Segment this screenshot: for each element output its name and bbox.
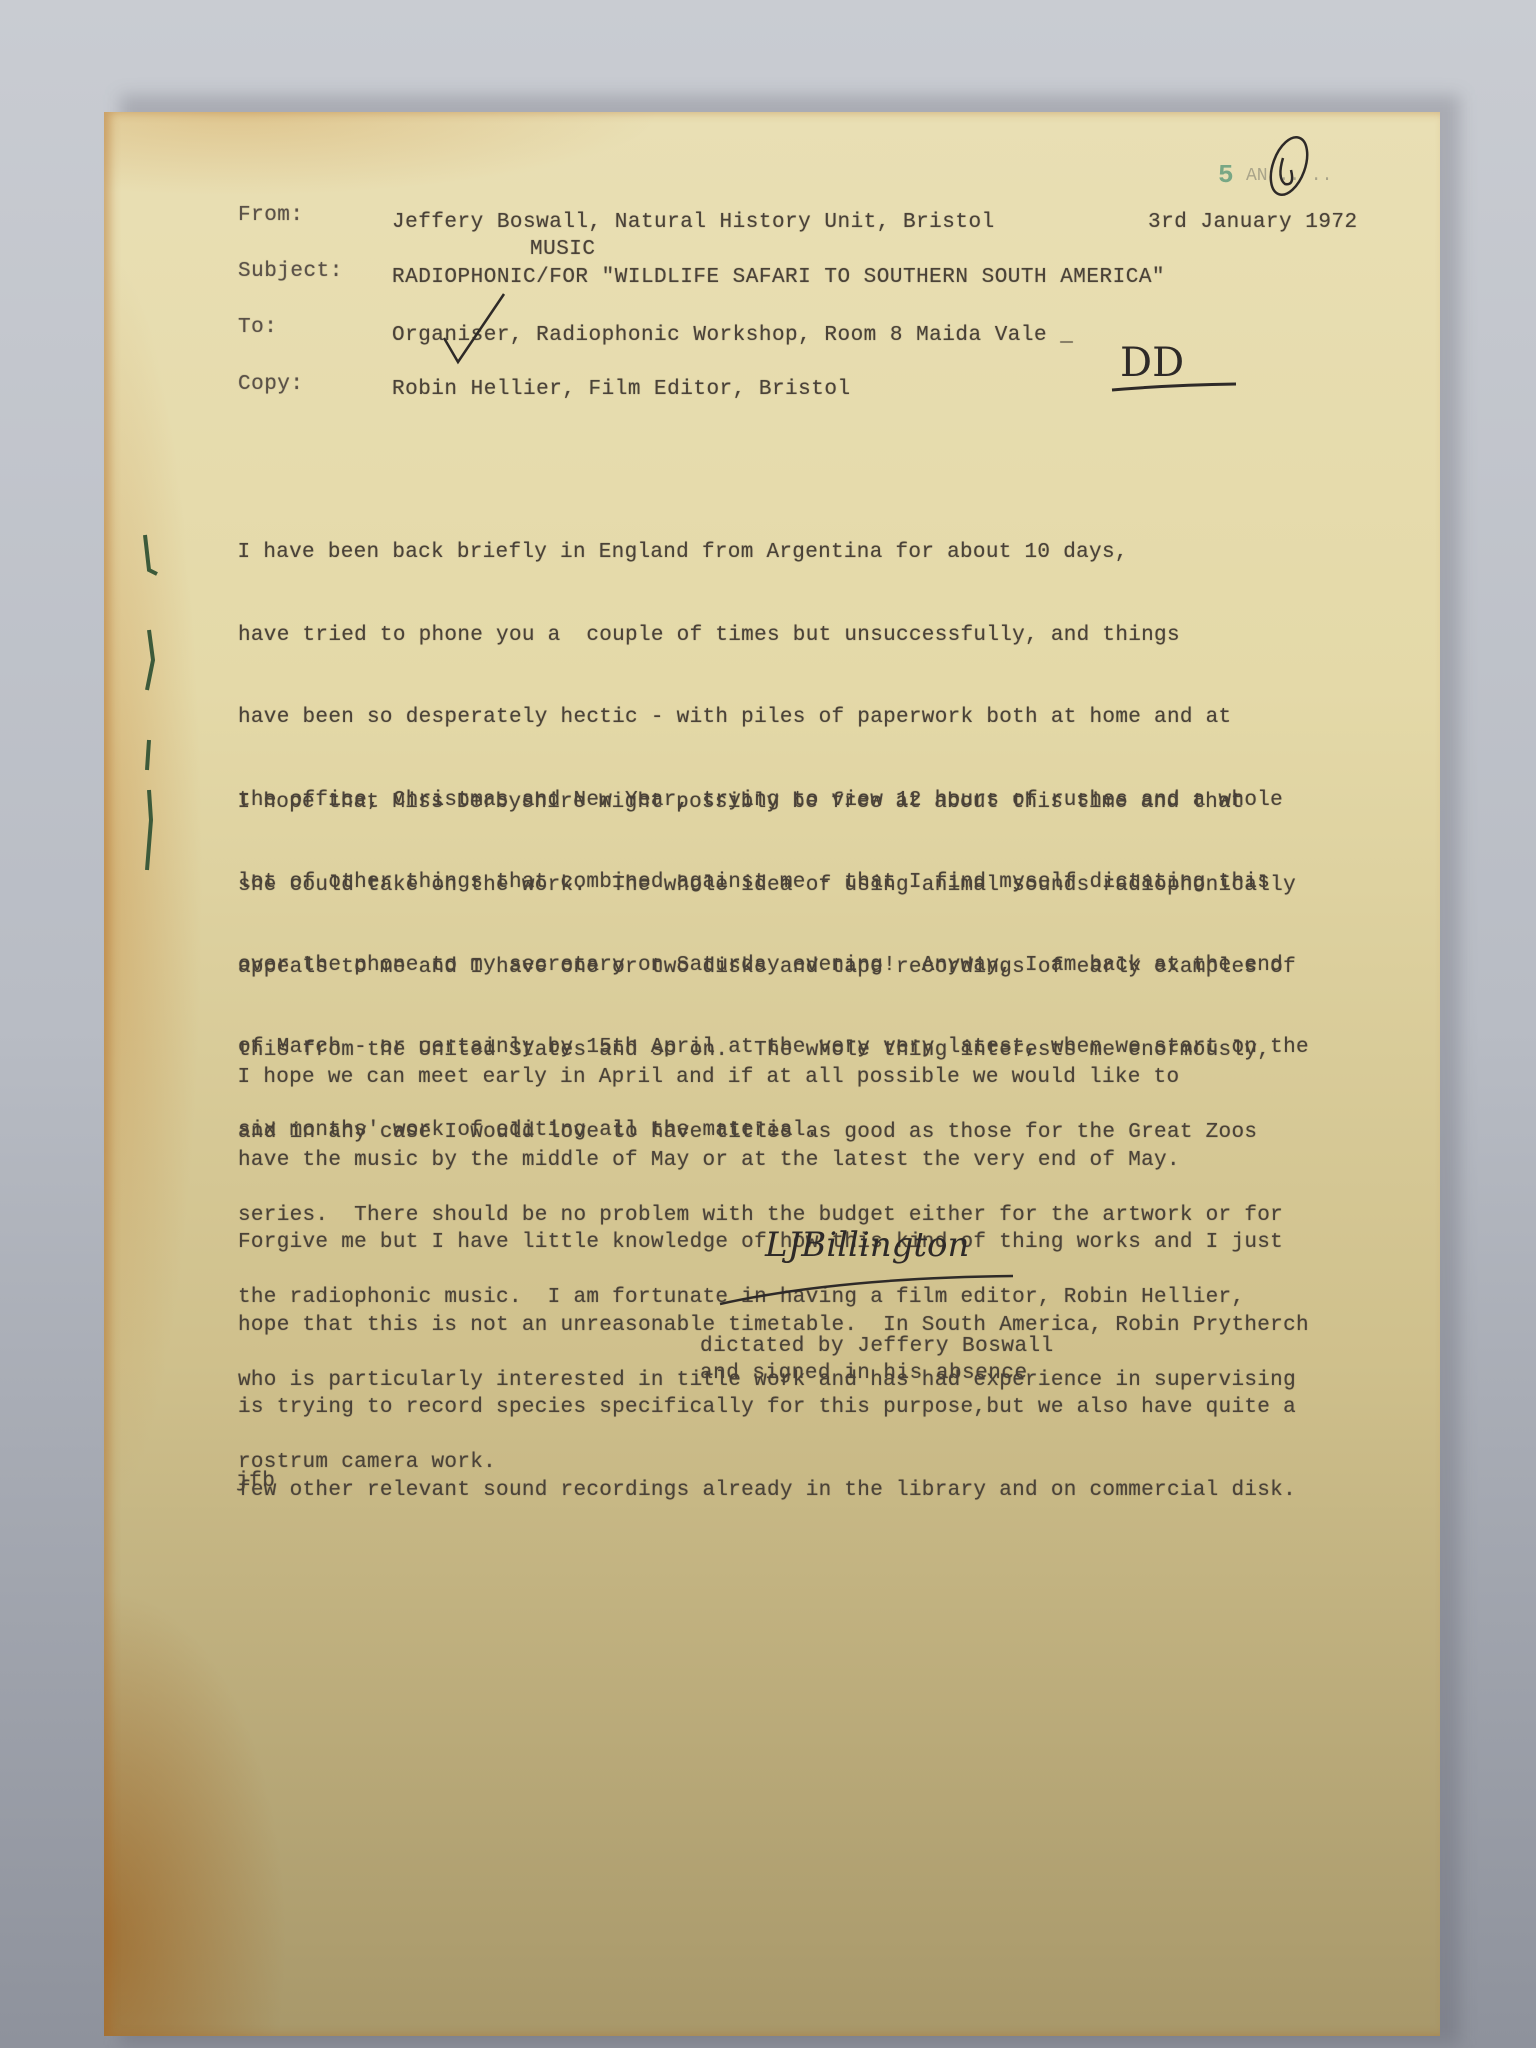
- copy-label: Copy:: [238, 373, 304, 396]
- p1-line: have been so desperately hectic - with p…: [238, 704, 1378, 732]
- from-value: Jeffery Boswall, Natural History Unit, B…: [392, 211, 995, 234]
- p2-line: appeals to me and I have one or two disk…: [238, 954, 1378, 982]
- dictated-by-line: dictated by Jeffery Boswall: [700, 1335, 1054, 1358]
- signed-in-absence-line: and signed in his absence: [700, 1362, 1028, 1385]
- p3-line: I hope we can meet early in April and if…: [173, 1064, 1378, 1092]
- p1-line: have tried to phone you a couple of time…: [238, 622, 1378, 650]
- p3-line: few other relevant sound recordings alre…: [238, 1477, 1378, 1505]
- p3-line: have the music by the middle of May or a…: [238, 1147, 1378, 1175]
- checkmark-icon: [440, 290, 510, 365]
- memo-date: 3rd January 1972: [1148, 211, 1358, 234]
- typist-reference: jfb: [236, 1470, 275, 1493]
- subject-insert: MUSIC: [530, 238, 596, 261]
- margin-pen-marks: [135, 530, 175, 880]
- circled-initial-mark: [1255, 128, 1315, 208]
- subject-value: RADIOPHONIC/FOR "WILDLIFE SAFARI TO SOUT…: [392, 266, 1165, 289]
- signature-underline: [718, 1268, 1018, 1308]
- p3-line: is trying to record species specifically…: [238, 1394, 1378, 1422]
- subject-label: Subject:: [238, 260, 343, 283]
- p2-line: I hope that Miss Derbyshire might possib…: [173, 789, 1378, 817]
- copy-value: Robin Hellier, Film Editor, Bristol: [392, 378, 851, 401]
- from-label: From:: [238, 204, 304, 227]
- initials-underline: [1110, 380, 1240, 394]
- received-stamp: 5: [1218, 160, 1234, 190]
- to-label: To:: [238, 316, 277, 339]
- signature: LJBillington: [765, 1225, 969, 1265]
- p1-line: I have been back briefly in England from…: [173, 539, 1378, 567]
- p2-line: she could take on the work. The whole id…: [238, 872, 1378, 900]
